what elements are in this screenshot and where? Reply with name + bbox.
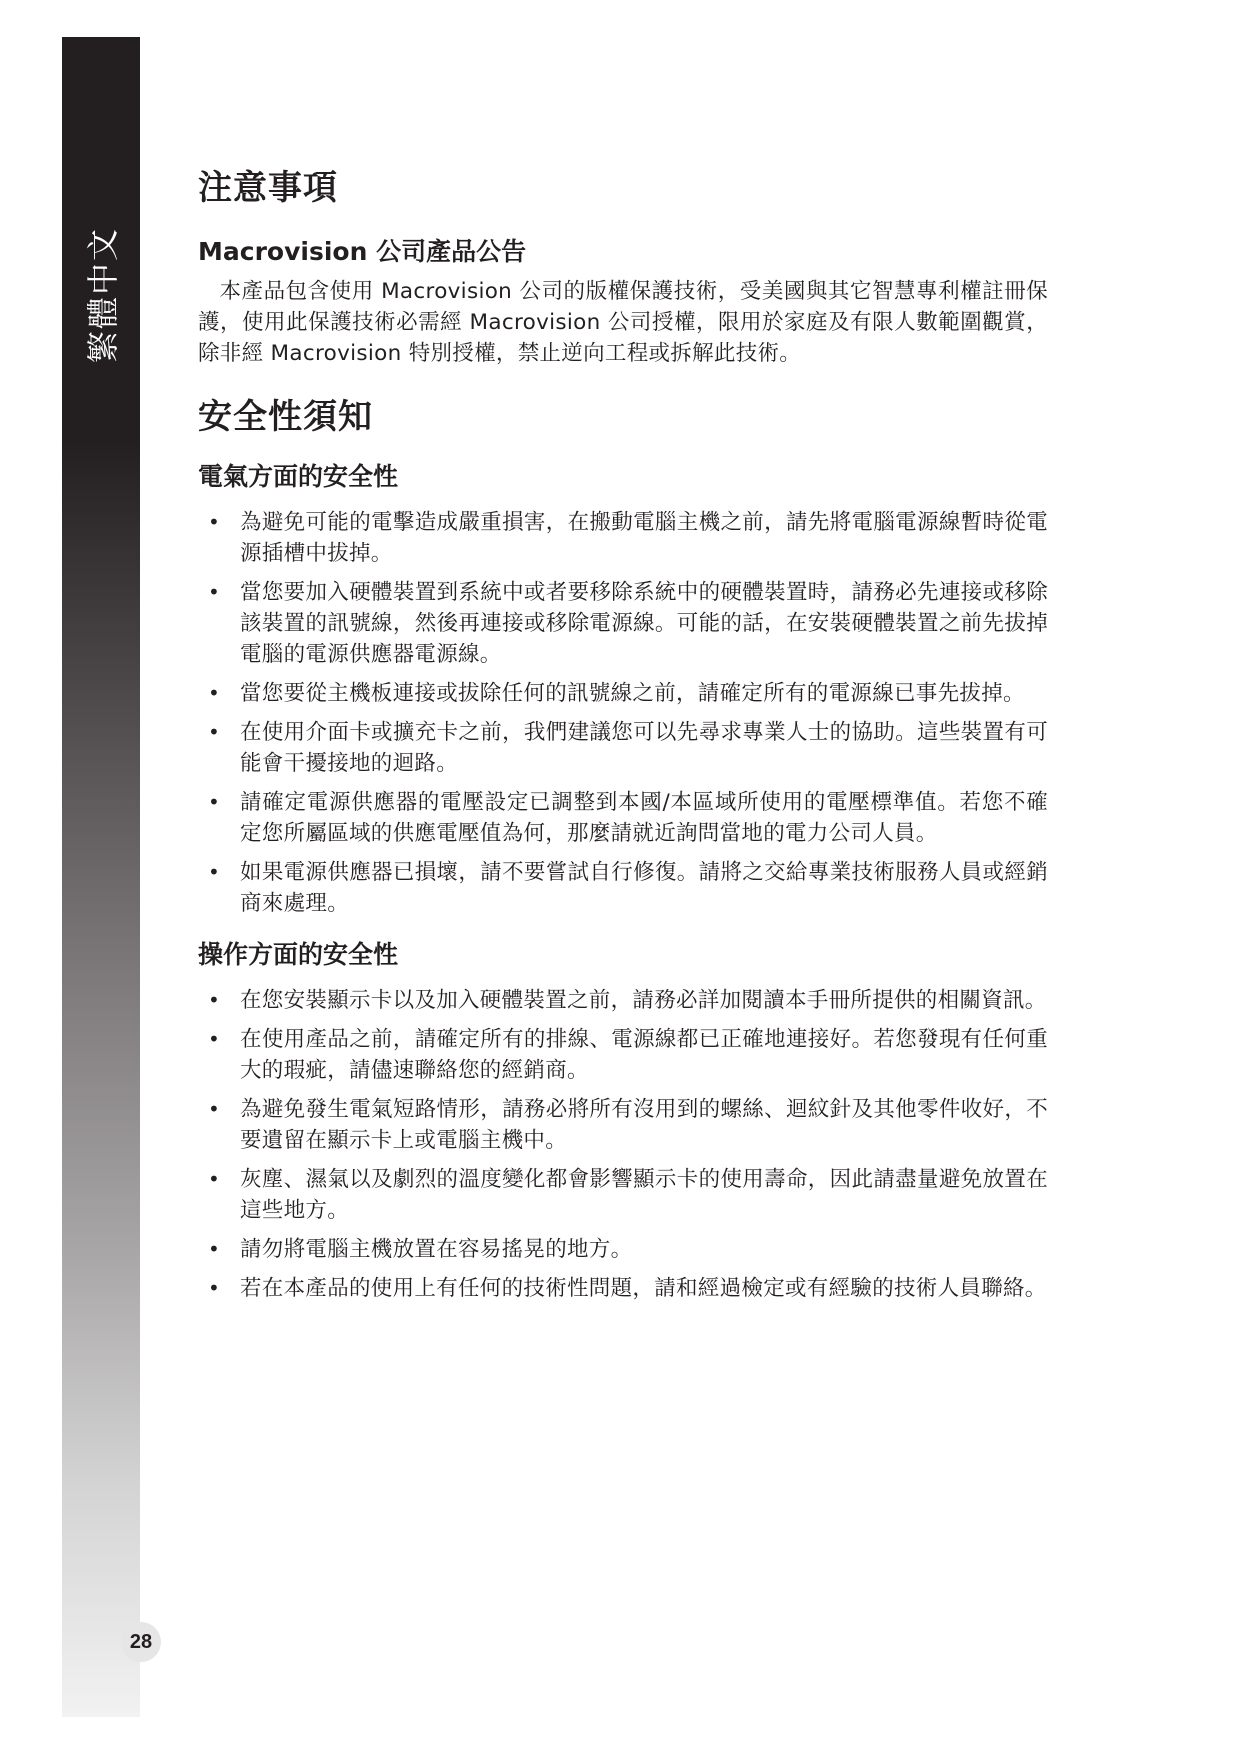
page-number: 28: [121, 1622, 161, 1662]
list-item: •為避免發生電氣短路情形，請務必將所有沒用到的螺絲、迴紋針及其他零件收好，不要遺…: [198, 1094, 1048, 1156]
list-item-text: 如果電源供應器已損壞，請不要嘗試自行修復。請將之交給專業技術服務人員或經銷商來處…: [240, 860, 1048, 916]
list-item-text: 當您要從主機板連接或拔除任何的訊號線之前，請確定所有的電源線已事先拔掉。: [240, 681, 1025, 706]
electrical-safety-heading: 電氣方面的安全性: [198, 459, 1048, 495]
notices-heading: 注意事項: [198, 164, 1048, 212]
list-item-text: 請勿將電腦主機放置在容易搖晃的地方。: [240, 1237, 632, 1262]
list-item: •如果電源供應器已損壞，請不要嘗試自行修復。請將之交給專業技術服務人員或經銷商來…: [198, 857, 1048, 919]
bullet-icon: •: [208, 1094, 220, 1125]
list-item: •灰塵、濕氣以及劇烈的溫度變化都會影響顯示卡的使用壽命，因此請盡量避免放置在這些…: [198, 1164, 1048, 1226]
bullet-icon: •: [208, 985, 220, 1016]
bullet-icon: •: [208, 857, 220, 888]
operational-safety-list: •在您安裝顯示卡以及加入硬體裝置之前，請務必詳加閱讀本手冊所提供的相關資訊。 •…: [198, 985, 1048, 1304]
list-item-text: 在使用介面卡或擴充卡之前，我們建議您可以先尋求專業人士的協助。這些裝置有可能會干…: [240, 720, 1048, 776]
list-item: •在使用產品之前，請確定所有的排線、電源線都已正確地連接好。若您發現有任何重大的…: [198, 1024, 1048, 1086]
macrovision-heading: Macrovision 公司產品公告: [198, 234, 1048, 270]
list-item: •在使用介面卡或擴充卡之前，我們建議您可以先尋求專業人士的協助。這些裝置有可能會…: [198, 717, 1048, 779]
macrovision-paragraph: 本產品包含使用 Macrovision 公司的版權保護技術，受美國與其它智慧專利…: [198, 276, 1048, 369]
safety-heading: 安全性須知: [198, 393, 1048, 441]
bullet-icon: •: [208, 678, 220, 709]
list-item: •若在本產品的使用上有任何的技術性問題，請和經過檢定或有經驗的技術人員聯絡。: [198, 1273, 1048, 1304]
bullet-icon: •: [208, 577, 220, 608]
list-item: •請確定電源供應器的電壓設定已調整到本國/本區域所使用的電壓標準值。若您不確定您…: [198, 787, 1048, 849]
list-item-text: 請確定電源供應器的電壓設定已調整到本國/本區域所使用的電壓標準值。若您不確定您所…: [240, 790, 1048, 846]
bullet-icon: •: [208, 1234, 220, 1265]
list-item: •請勿將電腦主機放置在容易搖晃的地方。: [198, 1234, 1048, 1265]
list-item: •當您要從主機板連接或拔除任何的訊號線之前，請確定所有的電源線已事先拔掉。: [198, 678, 1048, 709]
list-item-text: 當您要加入硬體裝置到系統中或者要移除系統中的硬體裝置時，請務必先連接或移除該裝置…: [240, 580, 1048, 667]
list-item: •為避免可能的電擊造成嚴重損害，在搬動電腦主機之前，請先將電腦電源線暫時從電源插…: [198, 507, 1048, 569]
bullet-icon: •: [208, 1164, 220, 1195]
list-item-text: 在使用產品之前，請確定所有的排線、電源線都已正確地連接好。若您發現有任何重大的瑕…: [240, 1027, 1048, 1083]
page-content: 注意事項 Macrovision 公司產品公告 本產品包含使用 Macrovis…: [198, 164, 1048, 1312]
list-item: •當您要加入硬體裝置到系統中或者要移除系統中的硬體裝置時，請務必先連接或移除該裝…: [198, 577, 1048, 670]
list-item-text: 若在本產品的使用上有任何的技術性問題，請和經過檢定或有經驗的技術人員聯絡。: [240, 1276, 1047, 1301]
language-tab-label: 繁體中文: [62, 210, 140, 380]
list-item-text: 在您安裝顯示卡以及加入硬體裝置之前，請務必詳加閱讀本手冊所提供的相關資訊。: [240, 988, 1047, 1013]
bullet-icon: •: [208, 1273, 220, 1304]
language-tab-text: 繁體中文: [78, 227, 124, 363]
bullet-icon: •: [208, 787, 220, 818]
bullet-icon: •: [208, 507, 220, 538]
operational-safety-heading: 操作方面的安全性: [198, 937, 1048, 973]
list-item-text: 灰塵、濕氣以及劇烈的溫度變化都會影響顯示卡的使用壽命，因此請盡量避免放置在這些地…: [240, 1167, 1048, 1223]
list-item: •在您安裝顯示卡以及加入硬體裝置之前，請務必詳加閱讀本手冊所提供的相關資訊。: [198, 985, 1048, 1016]
electrical-safety-list: •為避免可能的電擊造成嚴重損害，在搬動電腦主機之前，請先將電腦電源線暫時從電源插…: [198, 507, 1048, 919]
bullet-icon: •: [208, 717, 220, 748]
list-item-text: 為避免發生電氣短路情形，請務必將所有沒用到的螺絲、迴紋針及其他零件收好，不要遺留…: [240, 1097, 1048, 1153]
bullet-icon: •: [208, 1024, 220, 1055]
list-item-text: 為避免可能的電擊造成嚴重損害，在搬動電腦主機之前，請先將電腦電源線暫時從電源插槽…: [240, 510, 1048, 566]
